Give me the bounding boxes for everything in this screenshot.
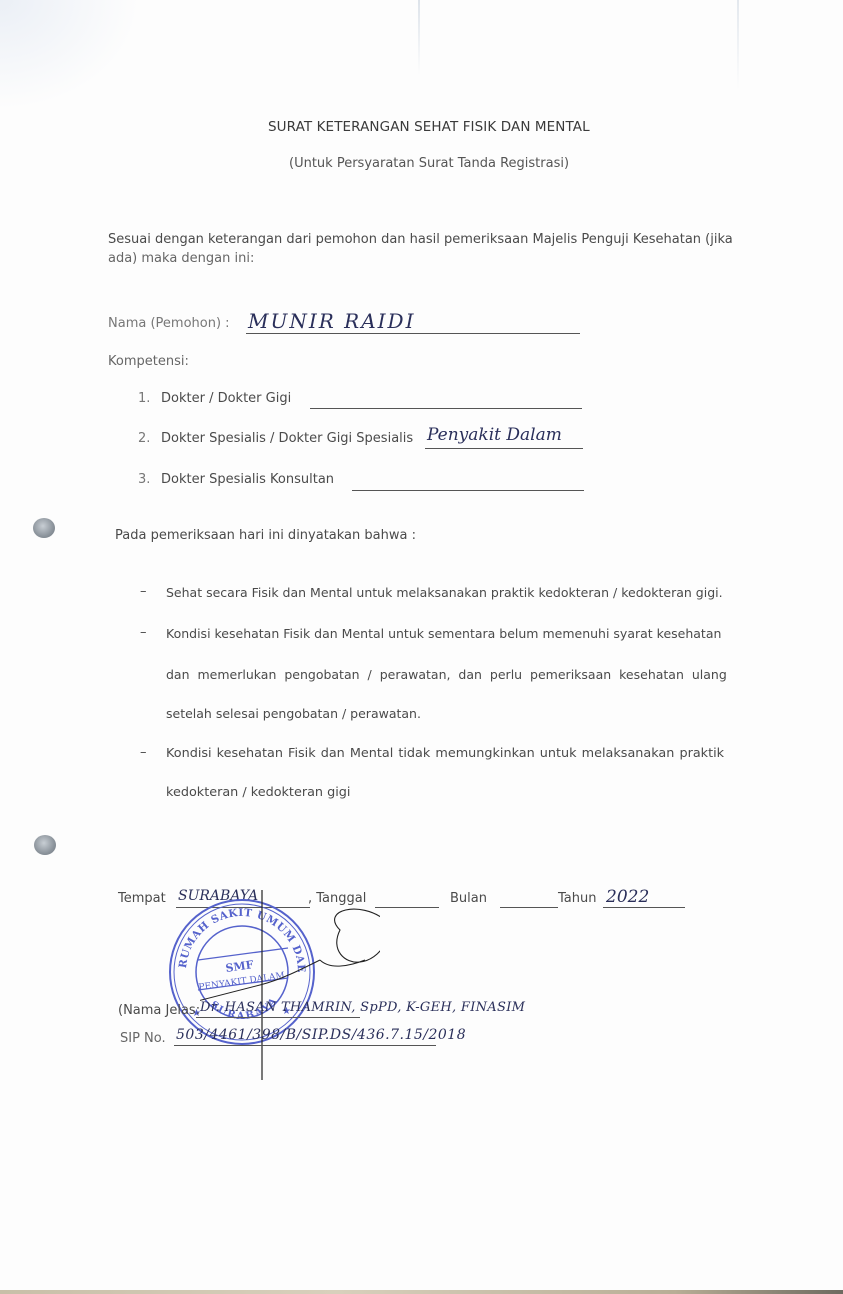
sip-label: SIP No. [120, 1031, 166, 1046]
statement-text: Kondisi kesehatan Fisik dan Mental tidak… [166, 746, 724, 761]
statement-intro: Pada pemeriksaan hari ini dinyatakan bah… [115, 528, 416, 543]
year-label: Tahun [558, 891, 596, 906]
statement-dash: – [140, 584, 147, 599]
statement-text: Sehat secara Fisik dan Mental untuk mela… [166, 585, 723, 600]
statement-text: Kondisi kesehatan Fisik dan Mental untuk… [166, 626, 721, 641]
place-label: Tempat [118, 891, 166, 906]
signatory-name-value: Dr. HASAN THAMRIN, SpPD, K-GEH, FINASIM [200, 1000, 525, 1015]
applicant-name-line [246, 333, 580, 334]
competence-label: Kompetensi: [108, 354, 189, 369]
competence-number: 3. [138, 472, 150, 487]
punch-hole [33, 518, 55, 538]
scan-shadow [0, 0, 140, 110]
competence-item-line [425, 448, 583, 449]
applicant-label: Nama (Pemohon) : [108, 316, 230, 331]
competence-item-line [310, 408, 582, 409]
punch-hole [34, 835, 56, 855]
fold-line [737, 0, 739, 90]
signatory-name-label: (Nama Jelas: [118, 1003, 200, 1018]
statement-dash: – [140, 625, 147, 640]
competence-item-line [352, 490, 584, 491]
month-label: Bulan [450, 891, 487, 906]
scan-bottom-edge [0, 1290, 843, 1294]
year-line [603, 907, 685, 908]
competence-number: 1. [138, 391, 150, 406]
competence-number: 2. [138, 431, 150, 446]
month-line [500, 907, 558, 908]
intro-text-line2: ada) maka dengan ini: [108, 251, 254, 266]
signature [200, 890, 380, 1080]
sip-value: 503/4461/398/B/SIP.DS/436.7.15/2018 [176, 1027, 466, 1043]
competence-item-label: Dokter / Dokter Gigi [161, 391, 291, 406]
statement-text: setelah selesai pengobatan / perawatan. [166, 706, 421, 721]
year-value: 2022 [606, 887, 649, 907]
sip-line [174, 1045, 436, 1046]
statement-dash: – [140, 745, 147, 760]
document-subtitle: (Untuk Persyaratan Surat Tanda Registras… [289, 156, 569, 171]
statement-text: dan memerlukan pengobatan / perawatan, d… [166, 667, 727, 682]
competence-item-label: Dokter Spesialis Konsultan [161, 472, 334, 487]
document-title: SURAT KETERANGAN SEHAT FISIK DAN MENTAL [268, 119, 590, 135]
competence-item-value: Penyakit Dalam [427, 425, 562, 445]
fold-line [418, 0, 420, 75]
applicant-name-value: MUNIR RAIDI [248, 309, 416, 333]
statement-text: kedokteran / kedokteran gigi [166, 785, 350, 800]
signatory-name-line [196, 1017, 360, 1018]
intro-text-line1: Sesuai dengan keterangan dari pemohon da… [108, 232, 733, 247]
competence-item-label: Dokter Spesialis / Dokter Gigi Spesialis [161, 431, 413, 446]
date-line [375, 907, 439, 908]
